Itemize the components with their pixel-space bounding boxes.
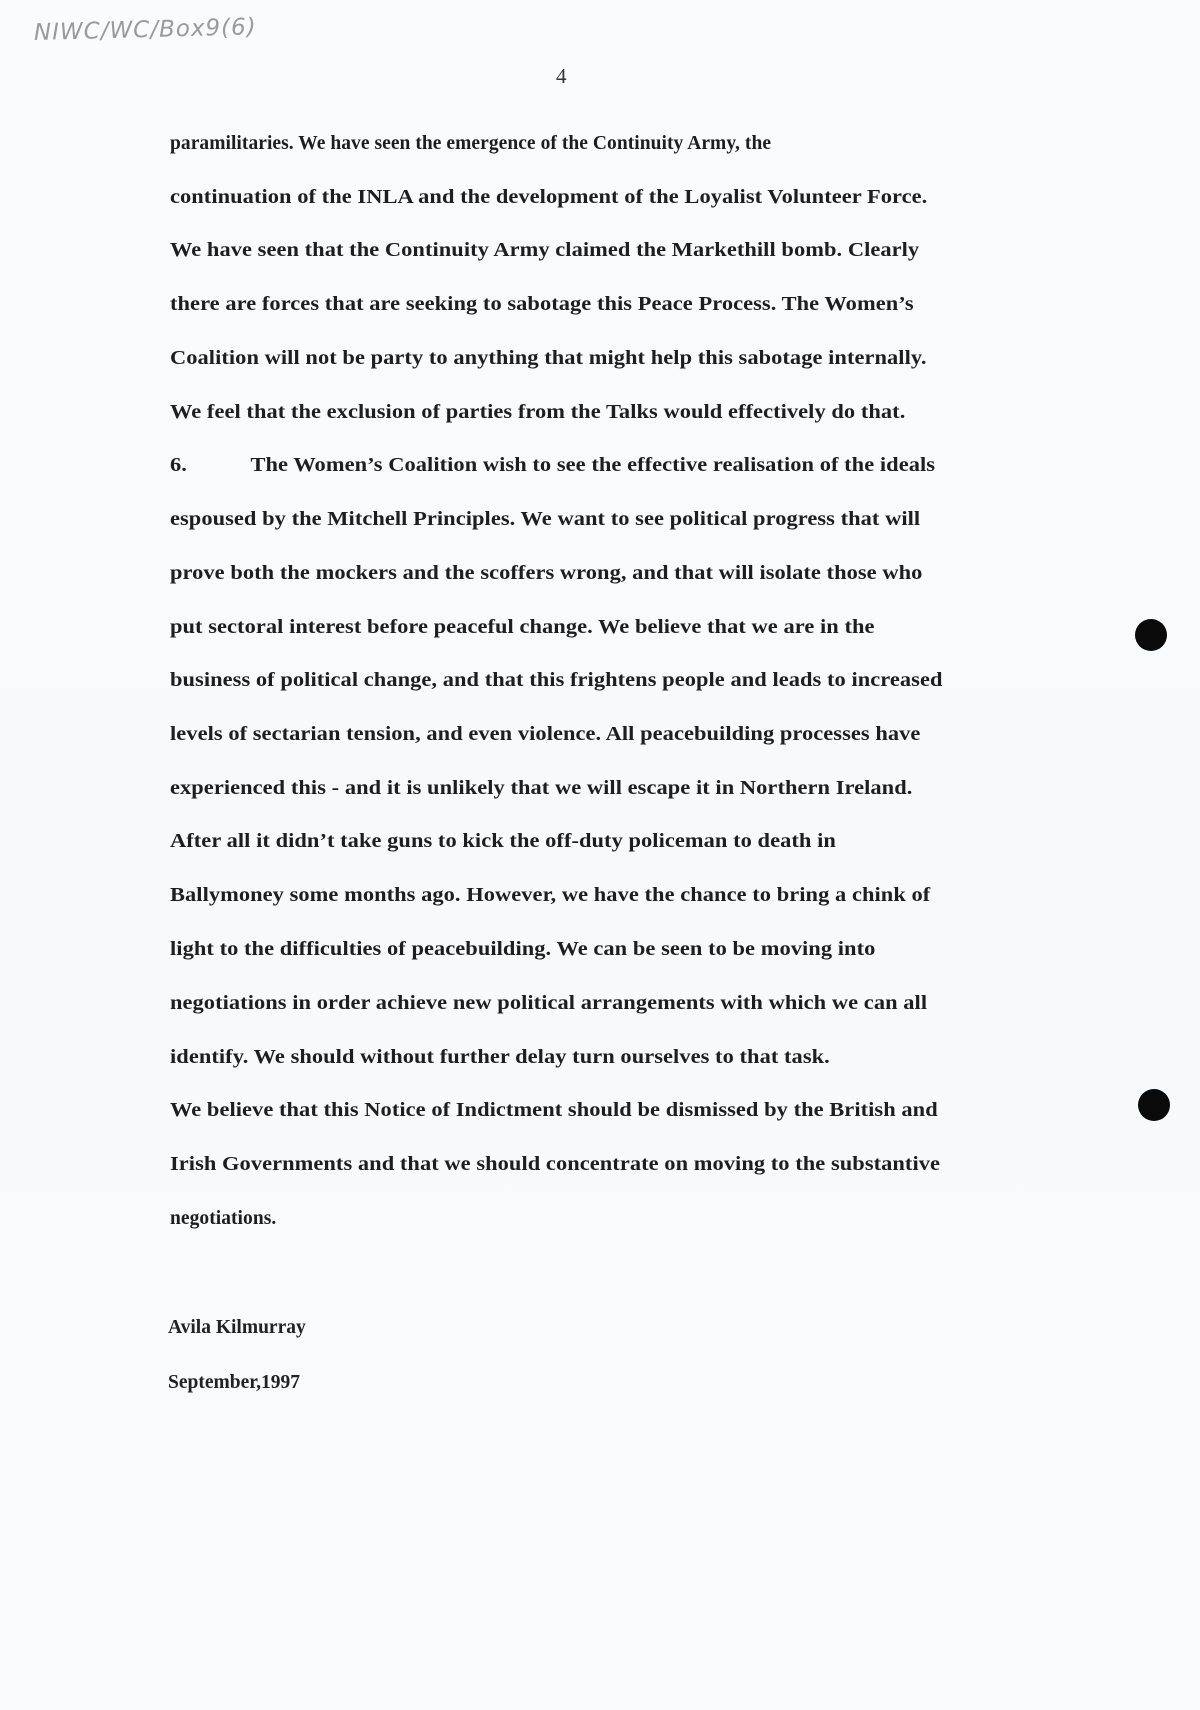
punch-hole-icon <box>1138 1089 1170 1121</box>
text-line: light to the difficulties of peacebuildi… <box>170 939 875 961</box>
text-line: Irish Governments and that we should con… <box>170 1154 940 1176</box>
text-line: negotiations. <box>170 1208 276 1230</box>
paragraph-number: 6. <box>170 455 251 477</box>
text-line: identify. We should without further dela… <box>170 1047 830 1069</box>
page-number: 4 <box>556 64 567 89</box>
text-line: We believe that this Notice of Indictmen… <box>170 1100 938 1122</box>
text-line: there are forces that are seeking to sab… <box>170 294 914 316</box>
text-line: prove both the mockers and the scoffers … <box>170 563 922 585</box>
archive-annotation: NIWC/WC/Box9(6) <box>34 14 257 46</box>
signature-date: September,1997 <box>168 1372 300 1394</box>
text-line: put sectoral interest before peaceful ch… <box>170 617 875 639</box>
text-line: business of political change, and that t… <box>170 670 943 692</box>
text-line: We feel that the exclusion of parties fr… <box>170 402 905 424</box>
text-line: 6.The Women’s Coalition wish to see the … <box>170 455 935 477</box>
punch-hole-icon <box>1135 619 1167 651</box>
text-line: levels of sectarian tension, and even vi… <box>170 724 920 746</box>
text-line: After all it didn’t take guns to kick th… <box>170 831 836 853</box>
text-line: Ballymoney some months ago. However, we … <box>170 885 930 907</box>
signature-name: Avila Kilmurray <box>168 1317 306 1339</box>
text-line: espoused by the Mitchell Principles. We … <box>170 509 920 531</box>
text-line: negotiations in order achieve new politi… <box>170 993 927 1015</box>
text-line: Coalition will not be party to anything … <box>170 348 927 370</box>
document-page: NIWC/WC/Box9(6) 4 paramilitaries. We hav… <box>0 0 1200 1710</box>
text-line: paramilitaries. We have seen the emergen… <box>170 133 875 155</box>
text-line: continuation of the INLA and the develop… <box>170 187 927 209</box>
text-line: We have seen that the Continuity Army cl… <box>170 240 919 262</box>
text-line: experienced this - and it is unlikely th… <box>170 778 912 800</box>
